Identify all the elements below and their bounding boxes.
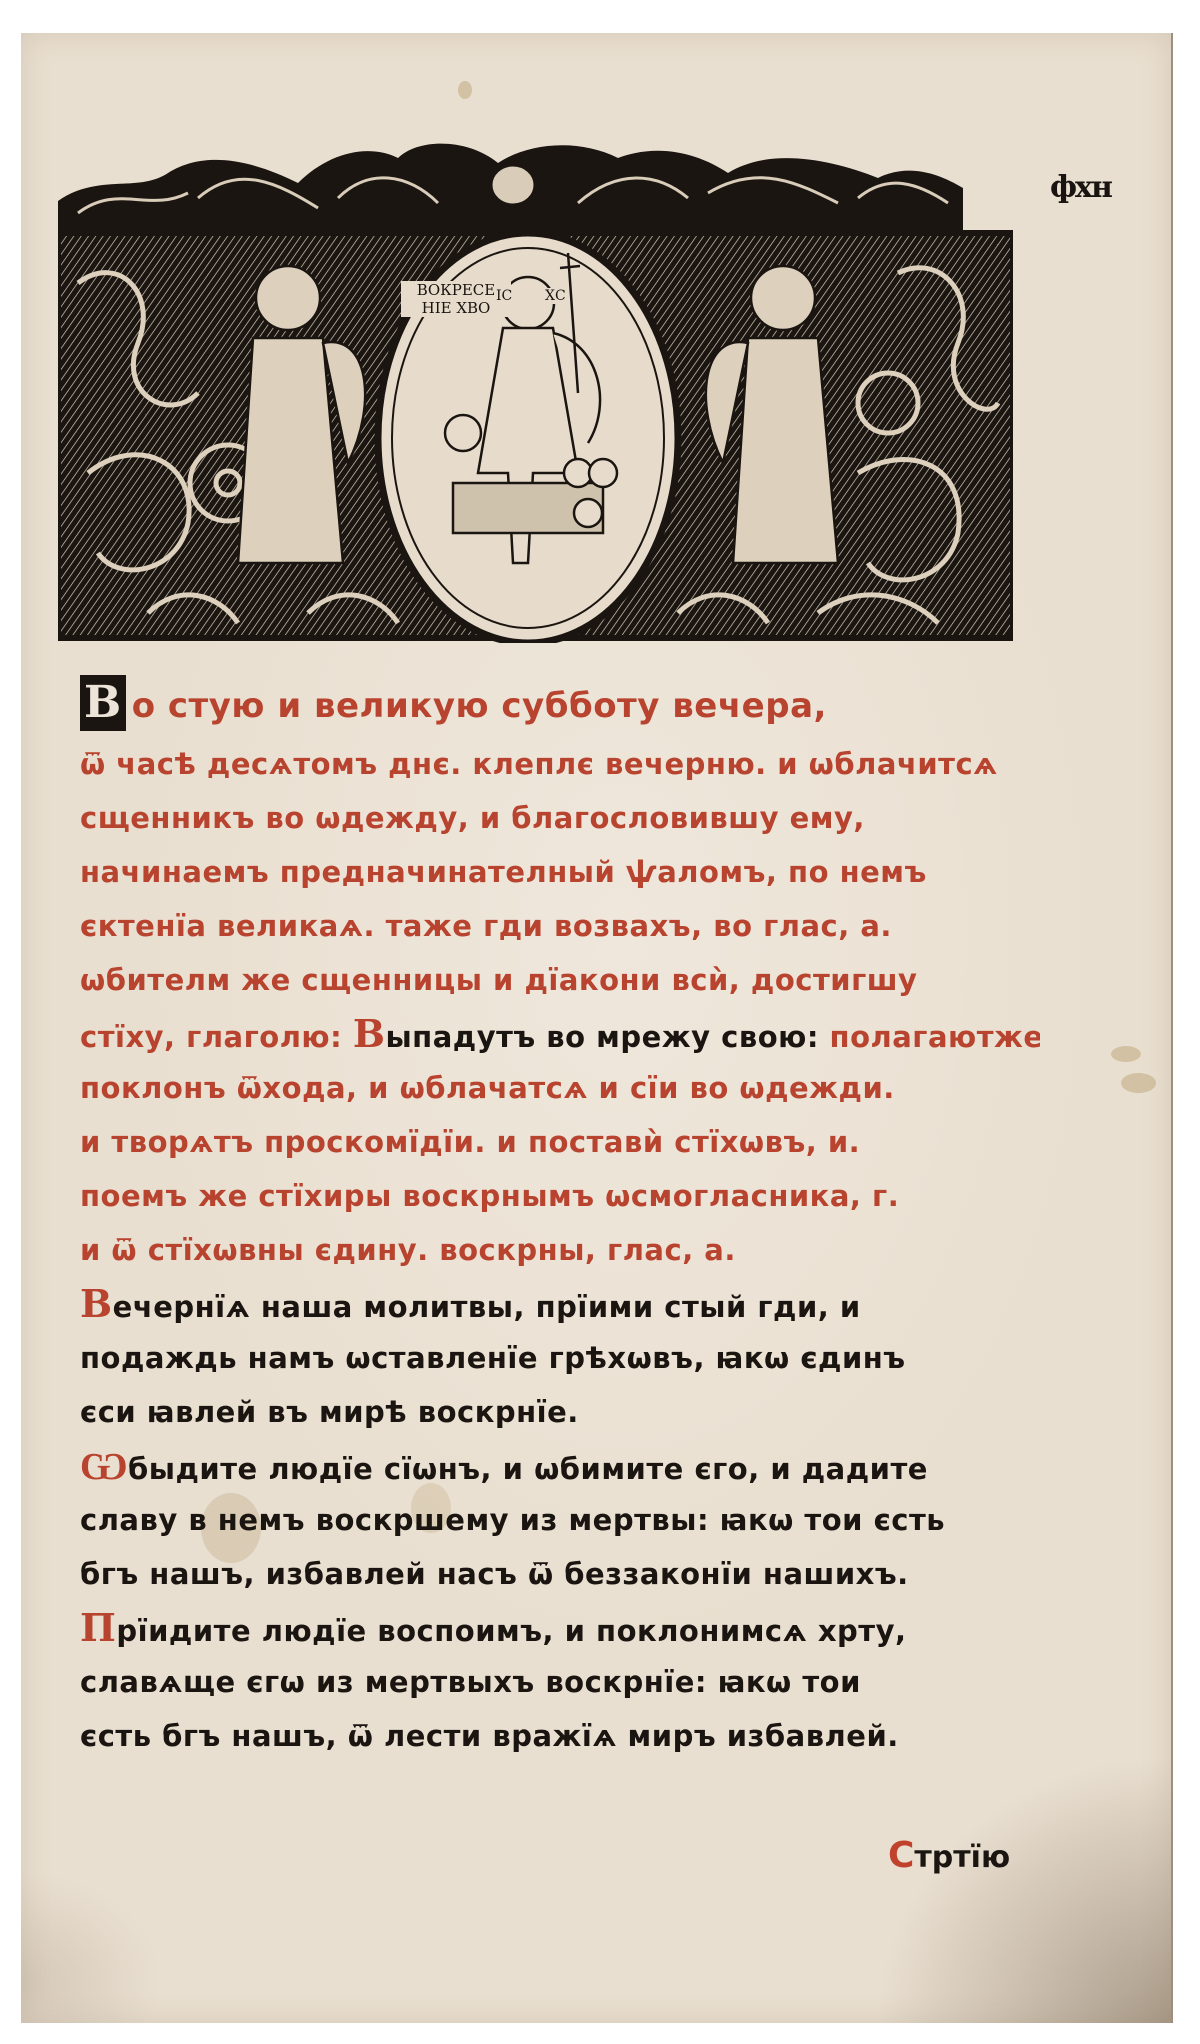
red-initial: В — [353, 1011, 386, 1056]
line-text: поемъ же стїхиры воскрнымъ ѡсмогласника,… — [80, 1169, 899, 1223]
text-line-1: Во стую и великую субботу вечера, — [80, 675, 1040, 737]
line-text: ѿ часѣ десѧтомъ днє. клеплє вечерню. и ѡ… — [80, 737, 998, 791]
catchword: Стртїю — [888, 1835, 1010, 1876]
drop-cap-initial: В — [80, 675, 126, 731]
line-text: и ѿ стїхѡвны єдину. воскрны, глас, а. — [80, 1223, 736, 1277]
woodcut-inscription: ВОКРЕСЕ НІЕ ХВО — [401, 281, 511, 317]
line-text: о стую и великую субботу вечера, — [132, 686, 827, 726]
inscription-line-1: ВОКРЕСЕ — [401, 281, 511, 299]
text-line-16: славу в немъ воскршему из мертвы: ꙗкѡ то… — [80, 1493, 1040, 1547]
line-segment: быдите людїе сїѡнъ, и ѡбимите єго, и дад… — [128, 1452, 928, 1486]
line-text: єсть бгъ нашъ, ѿ лести вражїѧ миръ избав… — [80, 1709, 899, 1763]
line-text: єктенїа великаѧ. таже гди возвахъ, во гл… — [80, 899, 892, 953]
text-line-19: славѧще єгѡ из мертвыхъ воскрнїе: ꙗкѡ то… — [80, 1655, 1040, 1709]
text-line-7: стїху, глаголю: Выпадутъ во мрежу свою: … — [80, 1007, 1040, 1061]
woodcut-headpiece: ВОКРЕСЕ НІЕ ХВО IС ХС — [58, 143, 1013, 643]
line-text: бгъ нашъ, избавлей насъ ѿ беззаконїи наш… — [80, 1547, 909, 1601]
red-initial: Ѡ — [80, 1443, 128, 1488]
text-line-9: и творѧтъ проскомїдїи. и поставѝ стїхѡвъ… — [80, 1115, 1040, 1169]
line-text: подаждь намъ ѡставленїе грѣхѡвъ, ꙗкѡ єди… — [80, 1331, 906, 1385]
xc-inscription: ХС — [545, 288, 566, 304]
resurrection-woodcut-image — [58, 143, 1013, 643]
text-line-4: начинаемъ предначинателный ѱаломъ, по не… — [80, 845, 1040, 899]
catchword-initial: С — [888, 1835, 914, 1876]
text-line-12: Вечернїѧ наша молитвы, прїими стый гди, … — [80, 1277, 1040, 1331]
red-initial: В — [80, 1281, 113, 1326]
foxing-spot — [1121, 1073, 1156, 1093]
text-line-2: ѿ часѣ десѧтомъ днє. клеплє вечерню. и ѡ… — [80, 737, 1040, 791]
text-line-18: Прїидите людїе воспоимъ, и поклонимсѧ хр… — [80, 1601, 1040, 1655]
line-segment: рїидите людїе воспоимъ, и поклонимсѧ хрт… — [116, 1614, 906, 1648]
line-segment: ечернїѧ наша молитвы, прїими стый гди, и — [113, 1290, 861, 1324]
line-segment: полагаютже — [830, 1020, 1040, 1054]
foxing-spot — [1111, 1046, 1141, 1062]
red-initial: П — [80, 1605, 116, 1650]
line-text: поклонъ ѿхода, и ѡблачатсѧ и сїи во ѡдеж… — [80, 1061, 895, 1115]
text-line-15: Ѡбыдите людїе сїѡнъ, и ѡбимите єго, и да… — [80, 1439, 1040, 1493]
line-segment: стїху, глаголю: — [80, 1020, 353, 1054]
text-line-10: поемъ же стїхиры воскрнымъ ѡсмогласника,… — [80, 1169, 1040, 1223]
ihs-inscription: IС — [496, 288, 512, 304]
text-line-14: єси ꙗвлей въ мирѣ воскрнїе. — [80, 1385, 1040, 1439]
text-line-20: єсть бгъ нашъ, ѿ лести вражїѧ миръ избав… — [80, 1709, 1040, 1763]
line-text: єси ꙗвлей въ мирѣ воскрнїе. — [80, 1385, 579, 1439]
text-line-6: ѡбителм же сщенницы и дїакони всѝ, дости… — [80, 953, 1040, 1007]
foxing-spot — [458, 81, 472, 99]
line-segment: ыпадутъ во мрежу свою: — [385, 1020, 829, 1054]
inscription-line-2: НІЕ ХВО — [401, 299, 511, 317]
line-text: и творѧтъ проскомїдїи. и поставѝ стїхѡвъ… — [80, 1115, 860, 1169]
line-text: начинаемъ предначинателный ѱаломъ, по не… — [80, 845, 927, 899]
text-line-13: подаждь намъ ѡставленїе грѣхѡвъ, ꙗкѡ єди… — [80, 1331, 1040, 1385]
line-text: сщенникъ во ѡдежду, и благословившу ему, — [80, 791, 865, 845]
line-text: славу в немъ воскршему из мертвы: ꙗкѡ то… — [80, 1493, 945, 1547]
text-line-11: и ѿ стїхѡвны єдину. воскрны, глас, а. — [80, 1223, 1040, 1277]
text-line-8: поклонъ ѿхода, и ѡблачатсѧ и сїи во ѡдеж… — [80, 1061, 1040, 1115]
line-text: ѡбителм же сщенницы и дїакони всѝ, дости… — [80, 953, 917, 1007]
text-line-5: єктенїа великаѧ. таже гди возвахъ, во гл… — [80, 899, 1040, 953]
folio-number: фхн — [1050, 170, 1111, 205]
folio-text: фхн — [1050, 170, 1111, 205]
line-text: славѧще єгѡ из мертвыхъ воскрнїе: ꙗкѡ то… — [80, 1655, 861, 1709]
text-line-3: сщенникъ во ѡдежду, и благословившу ему, — [80, 791, 1040, 845]
text-line-17: бгъ нашъ, избавлей насъ ѿ беззаконїи наш… — [80, 1547, 1040, 1601]
liturgical-text: Во стую и великую субботу вечера, ѿ часѣ… — [80, 675, 1040, 1763]
catchword-text: тртїю — [914, 1840, 1010, 1875]
